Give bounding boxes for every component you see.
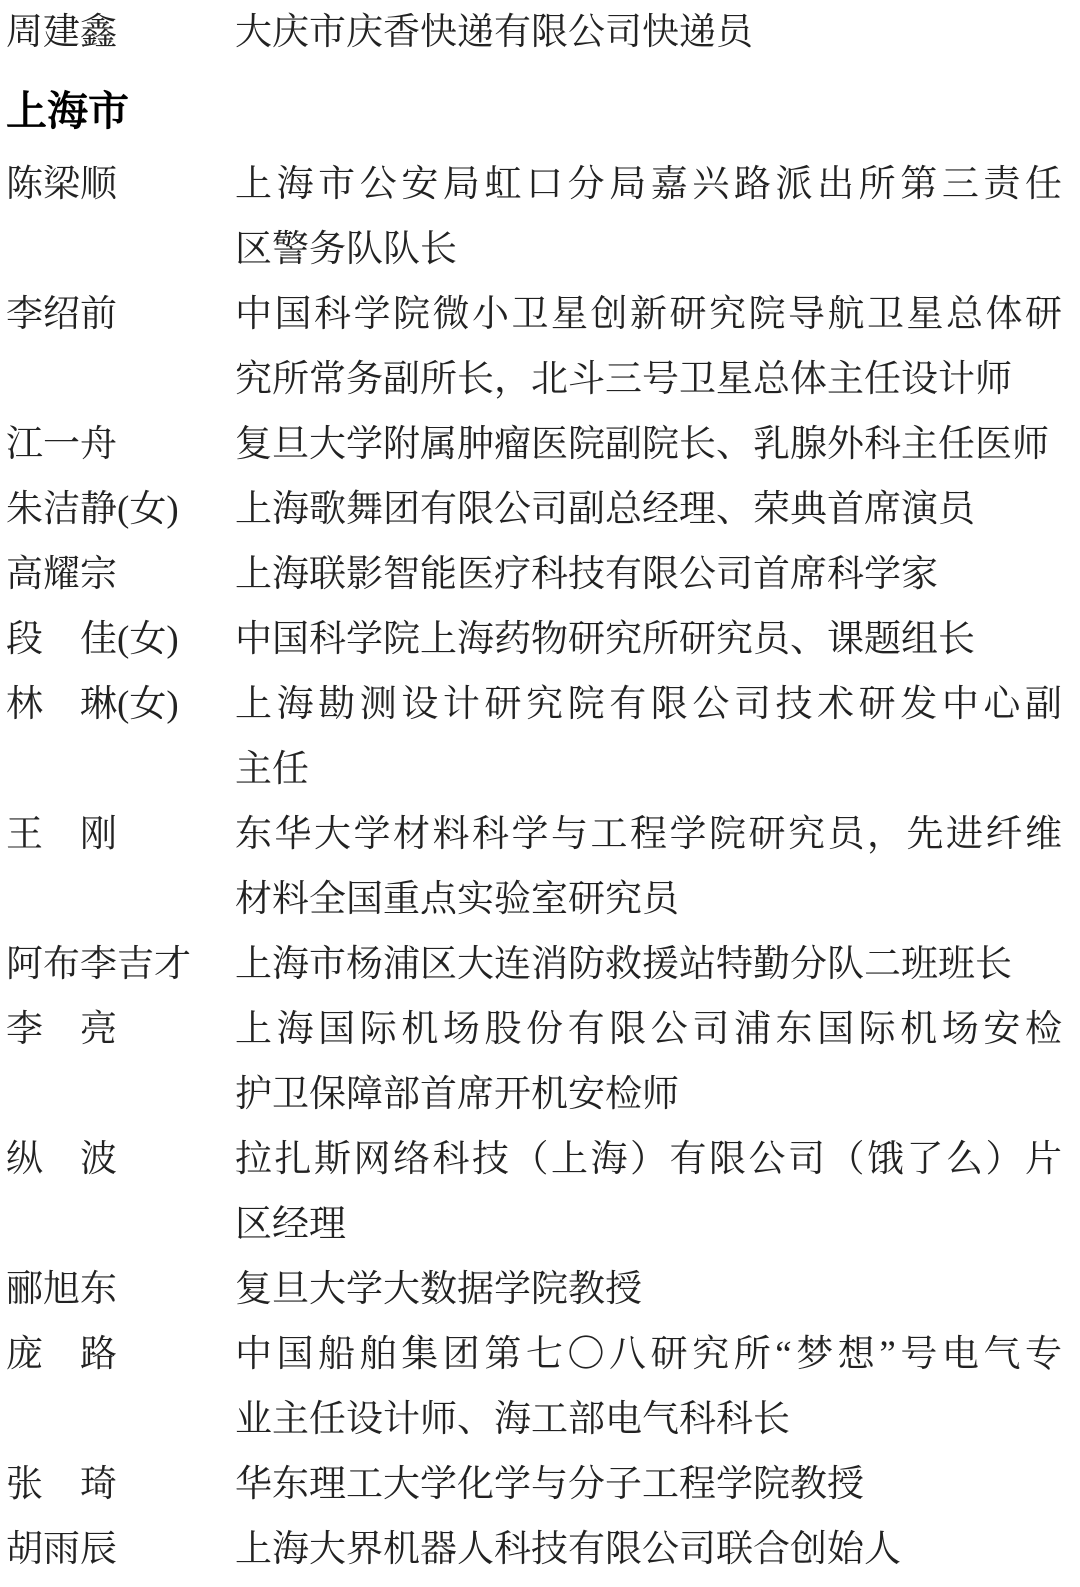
title-line: 上海大界机器人科技有限公司联合创始人 (235, 1517, 1062, 1582)
list-item: 张 琦 华东理工大学化学与分子工程学院教授 (6, 1452, 1062, 1517)
person-title: 复旦大学大数据学院教授 (235, 1257, 1062, 1322)
person-title: 上海市杨浦区大连消防救援站特勤分队二班班长 (235, 932, 1062, 997)
person-name: 郦旭东 (6, 1257, 235, 1322)
title-line: 上海国际机场股份有限公司浦东国际机场安检 (235, 997, 1062, 1062)
list-item: 林 琳(女) 上海勘测设计研究院有限公司技术研发中心副主任 (6, 672, 1062, 802)
person-title: 上海勘测设计研究院有限公司技术研发中心副主任 (235, 672, 1062, 802)
list-item: 郦旭东 复旦大学大数据学院教授 (6, 1257, 1062, 1322)
entries-container: 陈梁顺 上海市公安局虹口分局嘉兴路派出所第三责任区警务队队长 李绍前 中国科学院… (6, 152, 1062, 1582)
person-name: 朱洁静(女) (6, 477, 235, 542)
person-name: 李绍前 (6, 282, 235, 347)
title-line: 中国船舶集团第七〇八研究所“梦想”号电气专 (235, 1322, 1062, 1387)
person-title: 上海歌舞团有限公司副总经理、荣典首席演员 (235, 477, 1062, 542)
person-name: 庞 路 (6, 1322, 235, 1387)
title-line: 主任 (235, 737, 1062, 802)
person-title: 上海大界机器人科技有限公司联合创始人 (235, 1517, 1062, 1582)
list-item: 陈梁顺 上海市公安局虹口分局嘉兴路派出所第三责任区警务队队长 (6, 152, 1062, 282)
title-line: 复旦大学大数据学院教授 (235, 1257, 1062, 1322)
list-item: 阿布李吉才 上海市杨浦区大连消防救援站特勤分队二班班长 (6, 932, 1062, 997)
title-line: 上海联影智能医疗科技有限公司首席科学家 (235, 542, 1062, 607)
title-line: 区警务队队长 (235, 217, 1062, 282)
person-name: 高耀宗 (6, 542, 235, 607)
title-line: 中国科学院微小卫星创新研究院导航卫星总体研 (235, 282, 1062, 347)
title-line: 业主任设计师、海工部电气科科长 (235, 1387, 1062, 1452)
list-item: 段 佳(女) 中国科学院上海药物研究所研究员、课题组长 (6, 607, 1062, 672)
title-line: 上海歌舞团有限公司副总经理、荣典首席演员 (235, 477, 1062, 542)
list-item: 李 亮 上海国际机场股份有限公司浦东国际机场安检护卫保障部首席开机安检师 (6, 997, 1062, 1127)
title-line: 上海市公安局虹口分局嘉兴路派出所第三责任 (235, 152, 1062, 217)
person-title: 上海联影智能医疗科技有限公司首席科学家 (235, 542, 1062, 607)
person-title: 复旦大学附属肿瘤医院副院长、乳腺外科主任医师 (235, 412, 1062, 477)
person-name: 纵 波 (6, 1127, 235, 1192)
person-name: 王 刚 (6, 802, 235, 867)
person-title: 拉扎斯网络科技（上海）有限公司（饿了么）片区经理 (235, 1127, 1062, 1257)
person-title: 大庆市庆香快递有限公司快递员 (235, 0, 1062, 65)
person-title: 上海市公安局虹口分局嘉兴路派出所第三责任区警务队队长 (235, 152, 1062, 282)
title-line: 大庆市庆香快递有限公司快递员 (235, 0, 1062, 65)
title-line: 拉扎斯网络科技（上海）有限公司（饿了么）片 (235, 1127, 1062, 1192)
person-name: 阿布李吉才 (6, 932, 235, 997)
person-name: 胡雨辰 (6, 1517, 235, 1582)
section-heading-shanghai: 上海市 (6, 79, 1062, 144)
list-item: 李绍前 中国科学院微小卫星创新研究院导航卫星总体研究所常务副所长，北斗三号卫星总… (6, 282, 1062, 412)
person-title: 华东理工大学化学与分子工程学院教授 (235, 1452, 1062, 1517)
title-line: 上海市杨浦区大连消防救援站特勤分队二班班长 (235, 932, 1062, 997)
title-line: 华东理工大学化学与分子工程学院教授 (235, 1452, 1062, 1517)
person-title: 中国科学院上海药物研究所研究员、课题组长 (235, 607, 1062, 672)
title-line: 东华大学材料科学与工程学院研究员，先进纤维 (235, 802, 1062, 867)
person-name: 张 琦 (6, 1452, 235, 1517)
list-item: 纵 波 拉扎斯网络科技（上海）有限公司（饿了么）片区经理 (6, 1127, 1062, 1257)
title-line: 究所常务副所长，北斗三号卫星总体主任设计师 (235, 347, 1062, 412)
person-name: 林 琳(女) (6, 672, 235, 737)
title-line: 中国科学院上海药物研究所研究员、课题组长 (235, 607, 1062, 672)
list-item: 庞 路 中国船舶集团第七〇八研究所“梦想”号电气专业主任设计师、海工部电气科科长 (6, 1322, 1062, 1452)
person-title: 东华大学材料科学与工程学院研究员，先进纤维材料全国重点实验室研究员 (235, 802, 1062, 932)
person-title: 中国船舶集团第七〇八研究所“梦想”号电气专业主任设计师、海工部电气科科长 (235, 1322, 1062, 1452)
list-item: 高耀宗 上海联影智能医疗科技有限公司首席科学家 (6, 542, 1062, 607)
list-item: 王 刚 东华大学材料科学与工程学院研究员，先进纤维材料全国重点实验室研究员 (6, 802, 1062, 932)
title-line: 区经理 (235, 1192, 1062, 1257)
title-line: 材料全国重点实验室研究员 (235, 867, 1062, 932)
person-name: 段 佳(女) (6, 607, 235, 672)
person-title: 上海国际机场股份有限公司浦东国际机场安检护卫保障部首席开机安检师 (235, 997, 1062, 1127)
person-name: 陈梁顺 (6, 152, 235, 217)
list-item-leading: 周建鑫 大庆市庆香快递有限公司快递员 (6, 0, 1062, 65)
list-item: 江一舟 复旦大学附属肿瘤医院副院长、乳腺外科主任医师 (6, 412, 1062, 477)
person-title: 中国科学院微小卫星创新研究院导航卫星总体研究所常务副所长，北斗三号卫星总体主任设… (235, 282, 1062, 412)
person-name: 李 亮 (6, 997, 235, 1062)
award-list-page: 周建鑫 大庆市庆香快递有限公司快递员 上海市 陈梁顺 上海市公安局虹口分局嘉兴路… (0, 0, 1080, 1587)
list-item: 朱洁静(女) 上海歌舞团有限公司副总经理、荣典首席演员 (6, 477, 1062, 542)
person-name: 江一舟 (6, 412, 235, 477)
title-line: 护卫保障部首席开机安检师 (235, 1062, 1062, 1127)
title-line: 上海勘测设计研究院有限公司技术研发中心副 (235, 672, 1062, 737)
person-name: 周建鑫 (6, 0, 235, 65)
title-line: 复旦大学附属肿瘤医院副院长、乳腺外科主任医师 (235, 412, 1062, 477)
list-item: 胡雨辰 上海大界机器人科技有限公司联合创始人 (6, 1517, 1062, 1582)
